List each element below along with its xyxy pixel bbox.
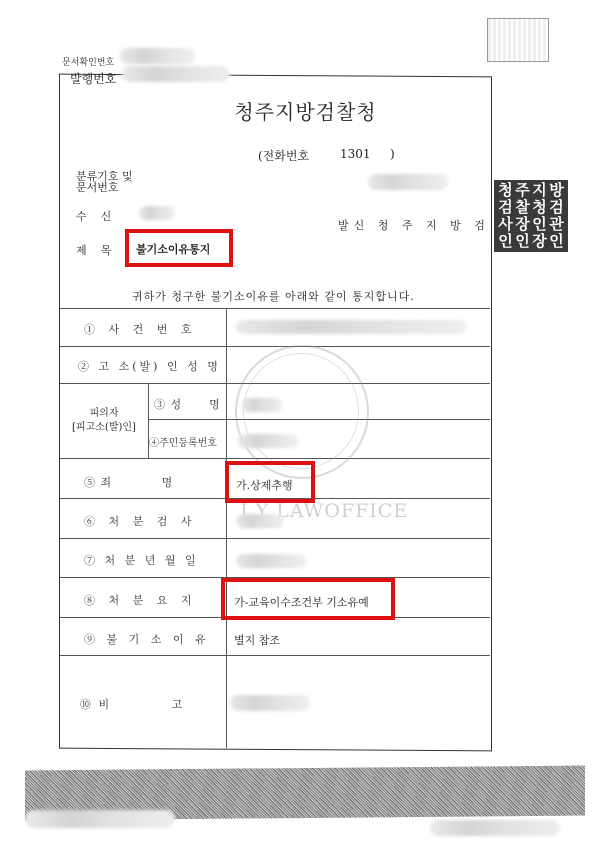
- table-column-rule: [226, 308, 227, 748]
- row-resident-number-label: ④주민등록번호: [149, 434, 217, 449]
- row-disposition-summary-label: ⑧ 처 분 요 지: [84, 592, 197, 608]
- row-non-prosecution-reason-value: 별지 참조: [234, 632, 280, 648]
- seal-char: 장: [514, 216, 531, 233]
- phone-value: 1301: [340, 147, 371, 161]
- redacted-suspect-name: [242, 398, 282, 412]
- redacted-prosecutor: [236, 514, 284, 528]
- row-suspect-name-label: ③ 성 명: [154, 396, 221, 412]
- law-office-watermark-icon: [235, 345, 369, 479]
- row-charge-value: 가.상제추행: [236, 477, 293, 493]
- row-prosecutor-label: ⑥ 처 분 검 사: [84, 513, 197, 529]
- phone-label: (전화번호: [258, 147, 309, 164]
- classification-label-line2: 문서번호: [76, 182, 133, 193]
- suspect-group-label-line1: 피의자: [64, 407, 144, 421]
- seal-char: 인: [531, 216, 548, 233]
- intro-text: 귀하가 청구한 불기소이유를 아래와 같이 통지합니다.: [132, 288, 415, 304]
- table-rule: [60, 655, 490, 656]
- seal-char: 검: [497, 199, 514, 216]
- subject-label: 제 목: [76, 242, 111, 258]
- recipient-label: 수 신: [76, 208, 111, 224]
- redacted-issue-number: [122, 66, 230, 82]
- seal-char: 인: [497, 233, 514, 250]
- row-case-number-label: ① 사 건 번 호: [84, 321, 197, 337]
- redacted-classification-number: [368, 174, 448, 190]
- seal-char: 검: [548, 199, 565, 216]
- redacted-footer-right: [430, 820, 560, 836]
- suspect-group-label: 피의자 [피고소(발)인]: [64, 407, 144, 435]
- table-rule: [60, 538, 490, 539]
- seal-char: 사: [497, 216, 514, 233]
- seal-char: 방: [548, 182, 565, 199]
- seal-char: 지: [531, 182, 548, 199]
- seal-char: 관: [548, 216, 565, 233]
- table-rule: [60, 308, 490, 309]
- seal-char: 주: [514, 182, 531, 199]
- classification-label: 분류기호 및 문서번호: [76, 171, 133, 193]
- seal-char: 찰: [514, 199, 531, 216]
- redacted-footer-left: [25, 810, 175, 828]
- seal-char: 청: [497, 182, 514, 199]
- redacted-case-number: [236, 320, 466, 334]
- redacted-remarks: [230, 695, 310, 711]
- phone-close: ): [390, 147, 395, 161]
- suspect-group-label-line2: [피고소(발)인]: [64, 421, 144, 435]
- seal-char: 청: [531, 199, 548, 216]
- row-disposition-summary-value: 가-교육이수조건부 기소유예: [234, 594, 369, 610]
- redacted-disposition-date: [236, 554, 306, 568]
- row-disposition-date-label: ⑦ 처 분 년 월 일: [84, 552, 199, 568]
- barcode-stamp: [487, 18, 549, 62]
- confirm-number-label: 문서확인번호: [62, 55, 114, 68]
- row-complainant-label: ② 고 소(발) 인 성 명: [78, 358, 221, 374]
- issuer-title: 청주지방검찰청: [0, 96, 611, 125]
- issue-number-label: 발행번호: [70, 70, 116, 87]
- official-seal-icon: 청주지방 검찰청검 사장인관 인인장인: [494, 180, 568, 252]
- row-remarks-label: ⑩ 비 고: [80, 696, 184, 712]
- table-rule: [60, 346, 490, 347]
- seal-char: 인: [548, 233, 565, 250]
- subject-value: 불기소이유통지: [136, 241, 210, 257]
- redacted-recipient: [139, 206, 175, 220]
- seal-char: 장: [531, 233, 548, 250]
- row-non-prosecution-reason-label: ⑨ 불 기 소 이 유: [84, 631, 210, 647]
- sender-label: 발신 청 주 지 방 검 찰: [338, 217, 514, 233]
- row-charge-label: ⑤ 죄 명: [84, 474, 173, 490]
- redacted-resident-number: [238, 434, 298, 448]
- seal-char: 인: [514, 233, 531, 250]
- redacted-confirm-number: [120, 48, 195, 64]
